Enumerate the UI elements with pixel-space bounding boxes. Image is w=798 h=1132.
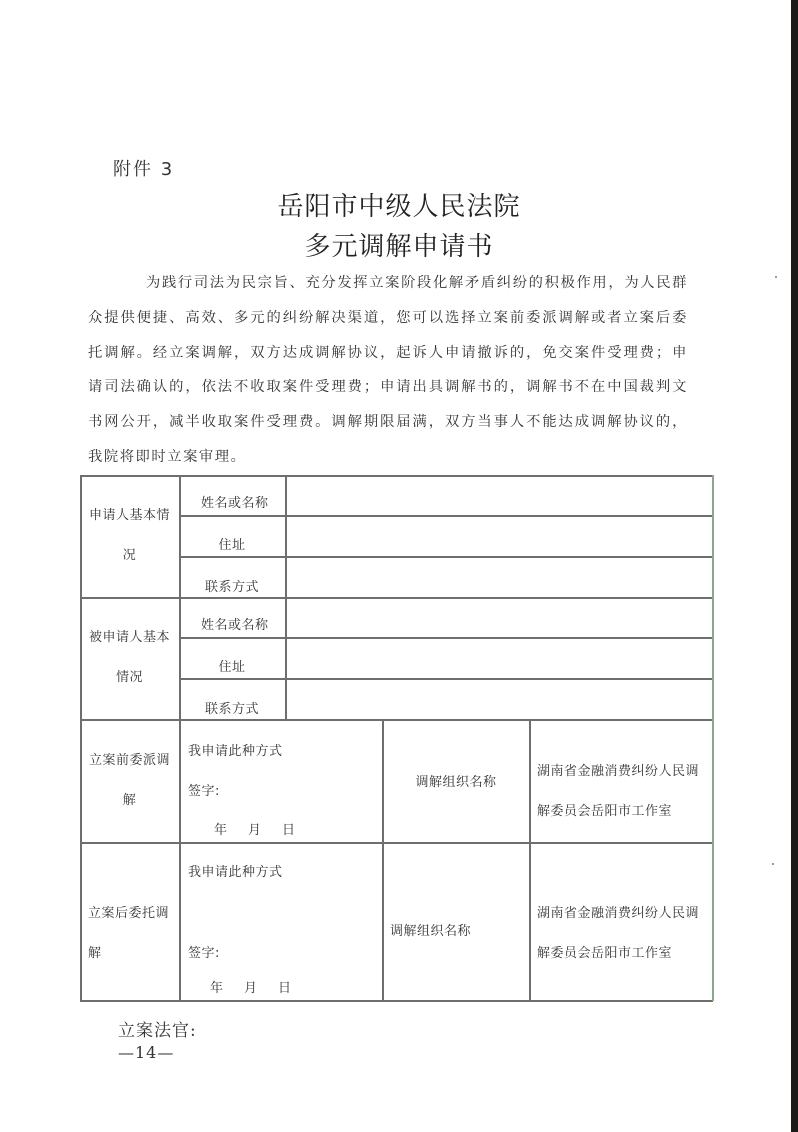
post-filing-signature-field[interactable]	[230, 935, 375, 959]
post-filing-mediation-label-line1: 立案后委托调	[88, 902, 169, 921]
respondent-address-label: 住址	[179, 645, 285, 685]
scan-speck	[775, 276, 777, 278]
respondent-address-field[interactable]	[286, 638, 712, 678]
pre-filing-org-name-line1: 湖南省金融消费纠纷人民调	[537, 760, 699, 779]
post-filing-signature-label: 签字:	[188, 942, 220, 961]
post-filing-date[interactable]: 年 月 日	[210, 977, 295, 996]
pre-filing-date[interactable]: 年 月 日	[214, 819, 299, 838]
respondent-name-label: 姓名或名称	[179, 603, 285, 643]
intro-paragraph: 为践行司法为民宗旨、充分发挥立案阶段化解矛盾纠纷的积极作用，为人民群众提供便捷、…	[88, 266, 688, 475]
attachment-label: 附件 3	[113, 155, 174, 181]
post-filing-org-name-line2: 解委员会岳阳市工作室	[537, 942, 672, 961]
applicant-address-label: 住址	[179, 523, 285, 563]
document-title-court: 岳阳市中级人民法院	[0, 186, 798, 223]
pre-filing-org-name-line2: 解委员会岳阳市工作室	[537, 800, 672, 819]
scanned-page: 附件 3 岳阳市中级人民法院 多元调解申请书 为践行司法为民宗旨、充分发挥立案阶…	[0, 0, 798, 1132]
filing-judge-label: 立案法官:	[118, 1016, 197, 1041]
respondent-contact-field[interactable]	[286, 679, 712, 719]
applicant-address-field[interactable]	[286, 516, 712, 556]
scan-speck	[772, 863, 774, 865]
respondent-section-label: 被申请人基本 情况	[80, 597, 179, 719]
application-form-table: 申请人基本情 况 姓名或名称 住址 联系方式 被申请人基本 情况 姓名或名称 住…	[80, 475, 713, 1001]
applicant-contact-field[interactable]	[286, 557, 712, 597]
document-title-form: 多元调解申请书	[0, 226, 798, 263]
respondent-contact-label: 联系方式	[179, 687, 285, 727]
post-filing-mediation-label-line2: 解	[88, 942, 102, 961]
page-number: —14—	[118, 1043, 174, 1062]
pre-filing-apply-text: 我申请此种方式	[188, 740, 283, 759]
pre-filing-signature-field[interactable]	[230, 773, 375, 797]
applicant-section-label: 申请人基本情 况	[80, 475, 179, 597]
applicant-contact-label: 联系方式	[179, 565, 285, 605]
pre-filing-org-label: 调解组织名称	[383, 719, 529, 842]
pre-filing-signature-label: 签字:	[188, 780, 220, 799]
pre-filing-mediation-label: 立案前委派调 解	[80, 719, 179, 842]
post-filing-org-label: 调解组织名称	[390, 920, 471, 939]
applicant-name-field[interactable]	[286, 476, 712, 515]
post-filing-apply-text: 我申请此种方式	[188, 861, 283, 880]
applicant-name-label: 姓名或名称	[179, 481, 285, 521]
scan-edge-strip	[791, 0, 798, 1132]
post-filing-org-name-line1: 湖南省金融消费纠纷人民调	[537, 902, 699, 921]
respondent-name-field[interactable]	[286, 598, 712, 637]
